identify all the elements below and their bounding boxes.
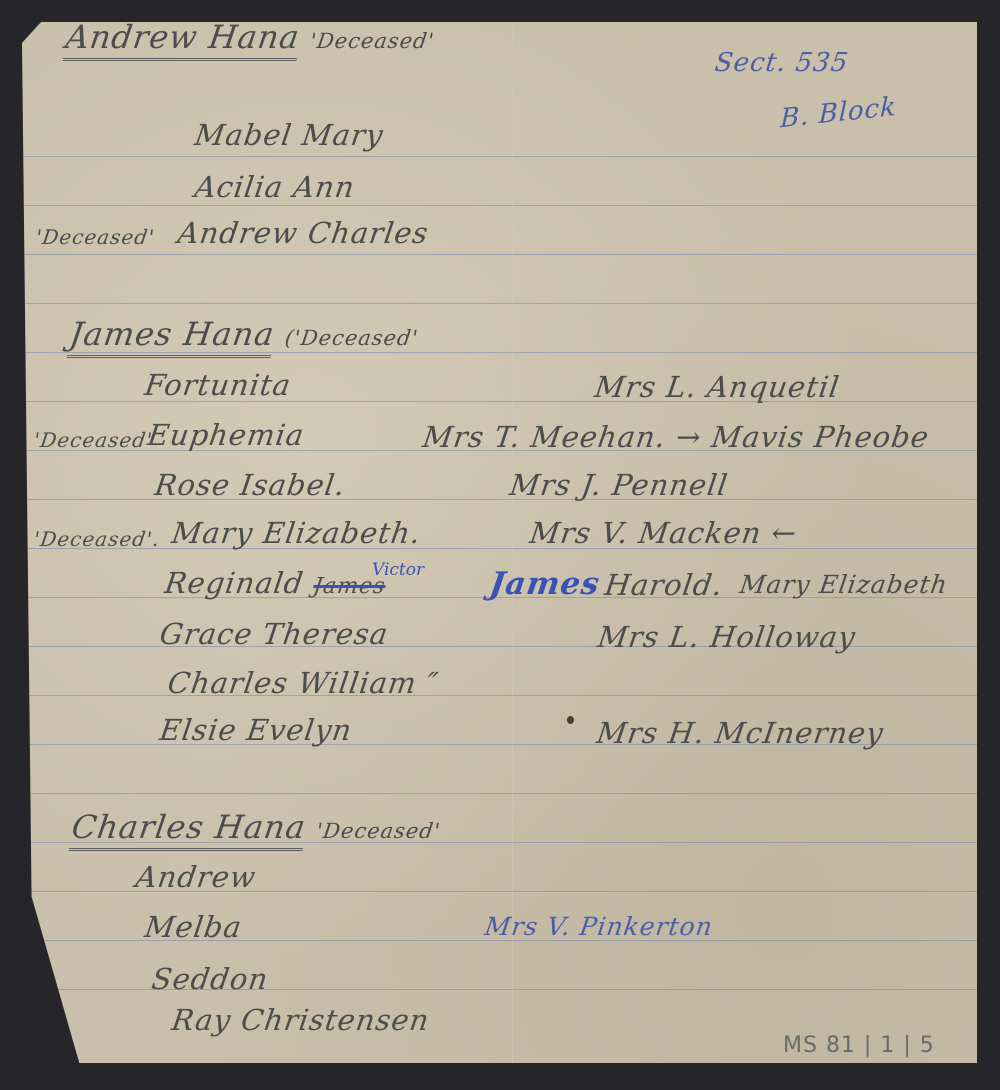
deceased-note: 'Deceased' <box>34 225 156 249</box>
married-name: Mrs L. Anquetil <box>593 370 842 404</box>
child-name: Elsie Evelyn <box>158 713 355 747</box>
child-name-row: Reginald James <box>163 566 389 600</box>
married-name: Mrs H. McInerney <box>595 716 886 750</box>
child-name: Seddon <box>150 962 271 996</box>
child-name: Grace Theresa <box>158 617 391 651</box>
deceased-note: 'Deceased' <box>309 29 437 53</box>
fold-crease <box>512 22 513 1063</box>
section-annotation: Sect. 535 <box>713 48 851 78</box>
ruled-line <box>22 254 977 255</box>
ruled-line <box>22 548 977 549</box>
child-name: Charles William ″ <box>166 666 442 700</box>
married-name: Mrs V. Macken ← <box>528 516 800 550</box>
ruled-line <box>22 205 977 206</box>
deceased-note: 'Deceased'. <box>32 527 161 551</box>
child-name: Andrew Charles <box>176 216 431 250</box>
child-name: Euphemia <box>146 418 307 452</box>
family-head-andrew: Andrew Hana 'Deceased' <box>63 18 437 56</box>
deceased-note: 'Deceased' <box>315 819 443 843</box>
child-name: Melba <box>143 910 245 944</box>
ruled-line <box>22 793 977 794</box>
correction-victor: Victor <box>372 560 424 580</box>
child-name: Acilia Ann <box>193 170 358 204</box>
married-name: Mrs V. Pinkerton <box>483 912 715 941</box>
child-name: Mary Elizabeth <box>738 570 950 599</box>
child-name: Mabel Mary <box>193 118 386 152</box>
family-head-james: James Hana ('Deceased' <box>67 315 421 353</box>
deceased-note: ('Deceased' <box>283 326 420 350</box>
child-name: Rose Isabel. <box>153 468 348 502</box>
married-name: Mrs L. Holloway <box>596 620 858 654</box>
handwritten-page <box>22 22 977 1063</box>
child-name: Fortunita <box>143 368 294 402</box>
archive-reference: MS 81 | 1 | 5 <box>783 1033 935 1058</box>
ruled-line <box>22 156 977 157</box>
family-head-name: James Hana <box>67 315 277 358</box>
family-head-charles: Charles Hana 'Deceased' <box>69 808 444 846</box>
family-head-name: Andrew Hana <box>63 18 303 61</box>
family-head-name: Charles Hana <box>69 808 309 851</box>
married-name: Mrs T. Meehan. → Mavis Pheobe <box>421 420 932 454</box>
child-name: Reginald <box>163 566 306 600</box>
child-name: Andrew <box>134 860 259 894</box>
ruled-line <box>22 303 977 304</box>
child-name: Ray Christensen <box>170 1003 432 1037</box>
ink-blot <box>567 716 574 724</box>
child-name: Harold. <box>603 568 726 602</box>
child-name: Mary Elizabeth. <box>170 516 424 550</box>
married-name: Mrs J. Pennell <box>508 468 731 502</box>
deceased-note: 'Deceased' <box>32 428 154 452</box>
correction-james: James <box>487 566 602 602</box>
